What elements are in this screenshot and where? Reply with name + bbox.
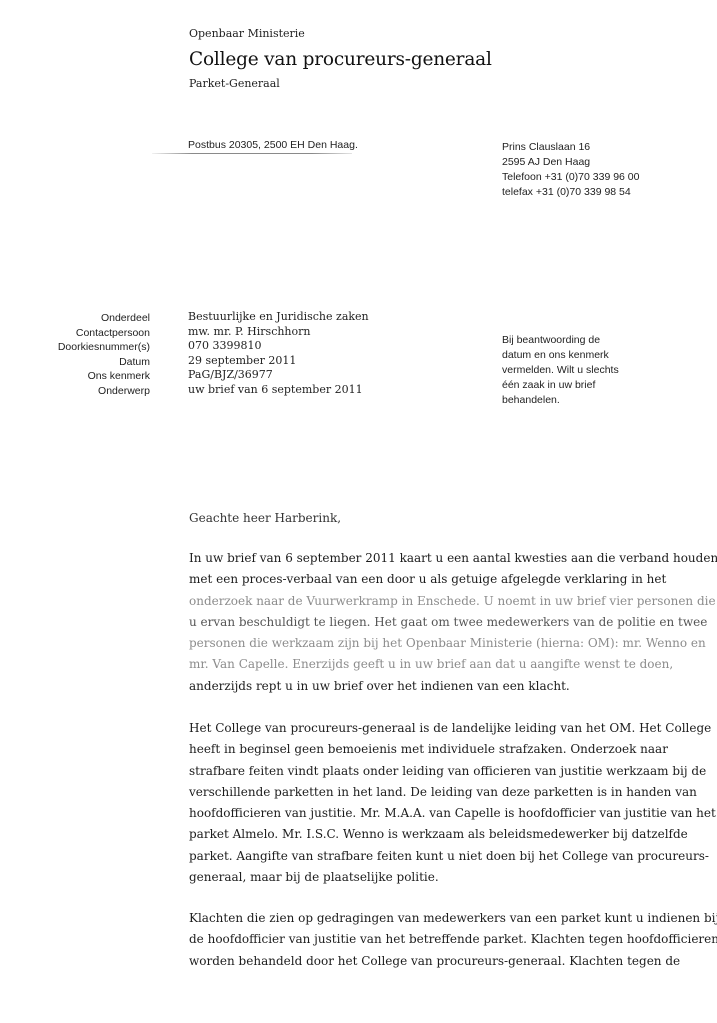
paragraph-line: parket. Aangifte van strafbare feiten ku… — [189, 846, 714, 867]
meta-value-subject: uw brief van 6 september 2011 — [188, 383, 369, 398]
paragraph-line: mr. Van Capelle. Enerzijds geeft u in uw… — [189, 654, 714, 675]
office-street: Prins Clauslaan 16 — [502, 140, 639, 155]
notice-line: vermelden. Wilt u slechts — [502, 363, 642, 378]
paragraph-line: hoofdofficieren van justitie. Mr. M.A.A.… — [189, 803, 714, 824]
paragraph-line: heeft in beginsel geen bemoeienis met in… — [189, 739, 714, 760]
notice-line: één zaak in uw brief — [502, 378, 642, 393]
paragraph-line: In uw brief van 6 september 2011 kaart u… — [189, 548, 714, 569]
salutation: Geachte heer Harberink, — [189, 511, 341, 525]
college-title: College van procureurs-generaal — [189, 49, 492, 70]
meta-label: Onderdeel — [58, 311, 150, 326]
address-divider — [152, 153, 352, 154]
paragraph-line: Klachten die zien op gedragingen van med… — [189, 908, 714, 929]
paragraph-line: de hoofdofficier van justitie van het be… — [189, 929, 714, 950]
meta-value-department: Bestuurlijke en Juridische zaken — [188, 310, 369, 325]
body-paragraph-3: Klachten die zien op gedragingen van med… — [189, 908, 714, 972]
paragraph-line: Het College van procureurs-generaal is d… — [189, 718, 714, 739]
reference-labels: Onderdeel Contactpersoon Doorkiesnummer(… — [58, 311, 150, 398]
meta-label: Contactpersoon — [58, 326, 150, 341]
notice-line: behandelen. — [502, 393, 642, 408]
paragraph-line: strafbare feiten vindt plaats onder leid… — [189, 761, 714, 782]
body-paragraph-2: Het College van procureurs-generaal is d… — [189, 718, 714, 888]
notice-line: Bij beantwoording de — [502, 333, 642, 348]
department-name: Parket-Generaal — [189, 77, 280, 90]
meta-value-date: 29 september 2011 — [188, 354, 369, 369]
paragraph-line: met een proces-verbaal van een door u al… — [189, 569, 714, 590]
meta-label: Doorkiesnummer(s) — [58, 340, 150, 355]
reply-notice: Bij beantwoording de datum en ons kenmer… — [502, 333, 642, 408]
paragraph-line: onderzoek naar de Vuurwerkramp in Ensche… — [189, 591, 714, 612]
notice-line: datum en ons kenmerk — [502, 348, 642, 363]
meta-value-phone: 070 3399810 — [188, 339, 369, 354]
paragraph-line: anderzijds rept u in uw brief over het i… — [189, 676, 714, 697]
return-address: Postbus 20305, 2500 EH Den Haag. — [188, 139, 358, 151]
office-telephone: Telefoon +31 (0)70 339 96 00 — [502, 170, 639, 185]
paragraph-line: u ervan beschuldigt te liegen. Het gaat … — [189, 612, 714, 633]
reference-values: Bestuurlijke en Juridische zaken mw. mr.… — [188, 310, 369, 397]
office-address: Prins Clauslaan 16 2595 AJ Den Haag Tele… — [502, 140, 639, 200]
meta-label: Datum — [58, 355, 150, 370]
meta-label: Ons kenmerk — [58, 369, 150, 384]
paragraph-line: personen die werkzaam zijn bij het Openb… — [189, 633, 714, 654]
office-fax: telefax +31 (0)70 339 98 54 — [502, 185, 639, 200]
office-city: 2595 AJ Den Haag — [502, 155, 639, 170]
paragraph-line: verschillende parketten in het land. De … — [189, 782, 714, 803]
paragraph-line: parket Almelo. Mr. I.S.C. Wenno is werkz… — [189, 824, 714, 845]
meta-value-contact: mw. mr. P. Hirschhorn — [188, 325, 369, 340]
organization-name: Openbaar Ministerie — [189, 27, 305, 40]
paragraph-line: worden behandeld door het College van pr… — [189, 951, 714, 972]
meta-value-reference: PaG/BJZ/36977 — [188, 368, 369, 383]
meta-label: Onderwerp — [58, 384, 150, 399]
body-paragraph-1: In uw brief van 6 september 2011 kaart u… — [189, 548, 714, 697]
paragraph-line: generaal, maar bij de plaatselijke polit… — [189, 867, 714, 888]
